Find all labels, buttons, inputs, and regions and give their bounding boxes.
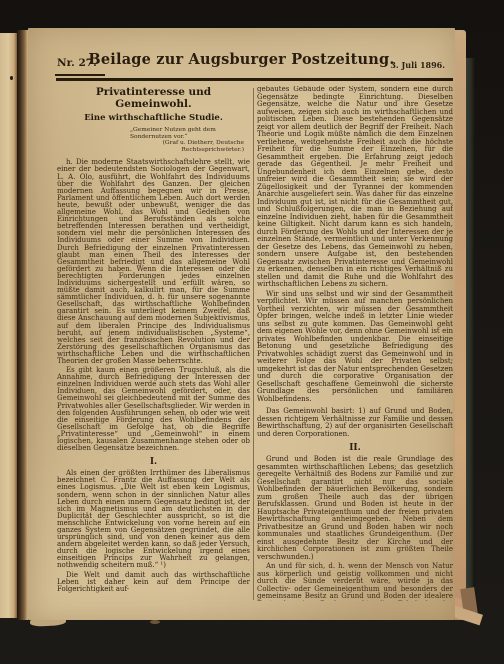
photo-backdrop: Nr. 27. Beilage zur Augsburger Postzeitu… <box>0 0 504 664</box>
newspaper-page: Nr. 27. Beilage zur Augsburger Postzeitu… <box>28 28 455 620</box>
body-paragraph: Das Gemeinwohl basirt: 1) auf Grund und … <box>257 408 453 438</box>
masthead-rule <box>56 78 453 81</box>
body-paragraph: Die Welt und damit auch das wirthschaftl… <box>57 572 250 593</box>
paper-speck <box>10 76 13 80</box>
footnote: ¹) Constantin Frantz, „Kritik aller Part… <box>57 595 250 596</box>
right-column: gebautes Gebäude oder System, sondern ei… <box>257 86 453 601</box>
masthead-date: 3. Juli 1896. <box>390 60 445 70</box>
body-paragraph: gebautes Gebäude oder System, sondern ei… <box>257 86 453 289</box>
binding-gutter <box>17 30 28 620</box>
facing-page-edge <box>0 33 17 618</box>
torn-paper-fragment <box>150 620 160 624</box>
left-column: Privatinteresse und Gemeinwohl. Eine wir… <box>57 86 250 596</box>
body-paragraph: h. Die moderne Staatswirthschaftslehre s… <box>57 159 250 365</box>
body-paragraph: Wir sind uns selbst und wir sind der Ges… <box>257 291 453 404</box>
article-title: Privatinteresse und Gemeinwohl. <box>57 86 250 110</box>
body-paragraph: Grund und Boden ist die reale Grundlage … <box>257 456 453 561</box>
body-paragraph: Es gibt kaum einen größeren Trugschluß, … <box>57 367 250 452</box>
article-subtitle: Eine wirthschaftliche Studie. <box>57 113 250 123</box>
book-fore-edge <box>455 30 466 620</box>
body-paragraph: Als einen der größten Irrthümer des Libe… <box>57 470 250 569</box>
section-heading-2: II. <box>257 443 453 453</box>
issue-underline-rule <box>55 74 105 76</box>
epigraph: „Gemeiner Nutzen geht dem Sondernutzen v… <box>124 127 244 153</box>
epigraph-attribution: (Graf u. Dietherr, Deutsche Rechtssprich… <box>124 140 244 153</box>
column-divider-rule <box>253 88 254 600</box>
body-paragraph: An und für sich, d. h. wenn der Mensch v… <box>257 563 453 601</box>
section-heading-1: I. <box>57 457 250 467</box>
epigraph-quote: „Gemeiner Nutzen geht dem Sondernutzen v… <box>124 127 244 140</box>
